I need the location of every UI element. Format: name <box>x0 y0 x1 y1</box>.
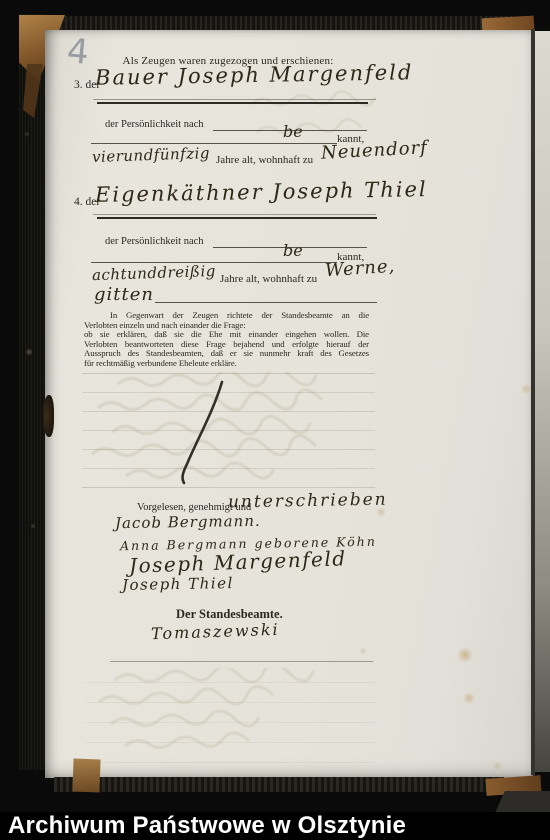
rule-line <box>93 214 376 215</box>
rule-line <box>97 217 377 219</box>
witness4-residence-handwritten-1: Werne, <box>324 256 396 282</box>
book-edge-top <box>50 16 512 31</box>
book-edge-bottom <box>54 777 504 792</box>
ink-stroke <box>168 378 230 490</box>
page-edge-notch <box>43 395 54 437</box>
witness4-known-handwritten: be <box>283 241 303 260</box>
adjacent-page-edge <box>535 31 550 772</box>
bleed-through-texture <box>85 668 385 768</box>
archive-caption-bar: Archiwum Państwowe w Olsztynie <box>0 812 550 840</box>
tape-patch-bottom-left <box>72 759 100 793</box>
rule-line <box>97 102 368 104</box>
signature-line: Joseph Thiel <box>122 574 234 594</box>
witness4-identity-label: der Persönlichkeit nach <box>105 236 204 247</box>
witness4-age-handwritten: achtunddreißig <box>92 262 216 284</box>
archival-scan: 4 Als Zeugen waren zugezogen und erschie… <box>0 0 550 840</box>
book-spine <box>19 14 46 770</box>
rule-line <box>110 661 373 662</box>
closing-handwritten: unterschrieben <box>228 490 388 513</box>
declaration-line: für rechtmäßig verbundene Eheleute erklä… <box>84 359 369 369</box>
declaration-paragraph: In Gegenwart der Zeugen richtete der Sta… <box>84 311 369 369</box>
witness3-residence-handwritten: Neuendorf <box>321 137 429 164</box>
witness3-age-printed: Jahre alt, wohnhaft zu <box>216 154 313 166</box>
signature-line: Jacob Bergmann. <box>115 512 261 533</box>
rule-line <box>91 143 337 144</box>
witness4-name-handwritten: Eigenkäthner Joseph Thiel <box>95 177 428 207</box>
witness3-identity-label: der Persönlichkeit nach <box>105 119 204 130</box>
witness3-age-handwritten: vierundfünfzig <box>92 144 211 166</box>
witness4-residence-handwritten-2: gitten <box>94 284 154 305</box>
register-page: 4 Als Zeugen waren zugezogen und erschie… <box>45 30 533 778</box>
witness3-name-handwritten: Bauer Joseph Margenfeld <box>95 60 414 90</box>
rule-line <box>93 99 376 100</box>
witness4-age-printed: Jahre alt, wohnhaft zu <box>220 273 317 285</box>
registrar-signature: Tomaszewski <box>151 620 280 643</box>
witness3-known-handwritten: be <box>283 122 303 141</box>
rule-line <box>155 302 377 303</box>
archive-caption-text: Archiwum Państwowe w Olsztynie <box>0 812 550 840</box>
